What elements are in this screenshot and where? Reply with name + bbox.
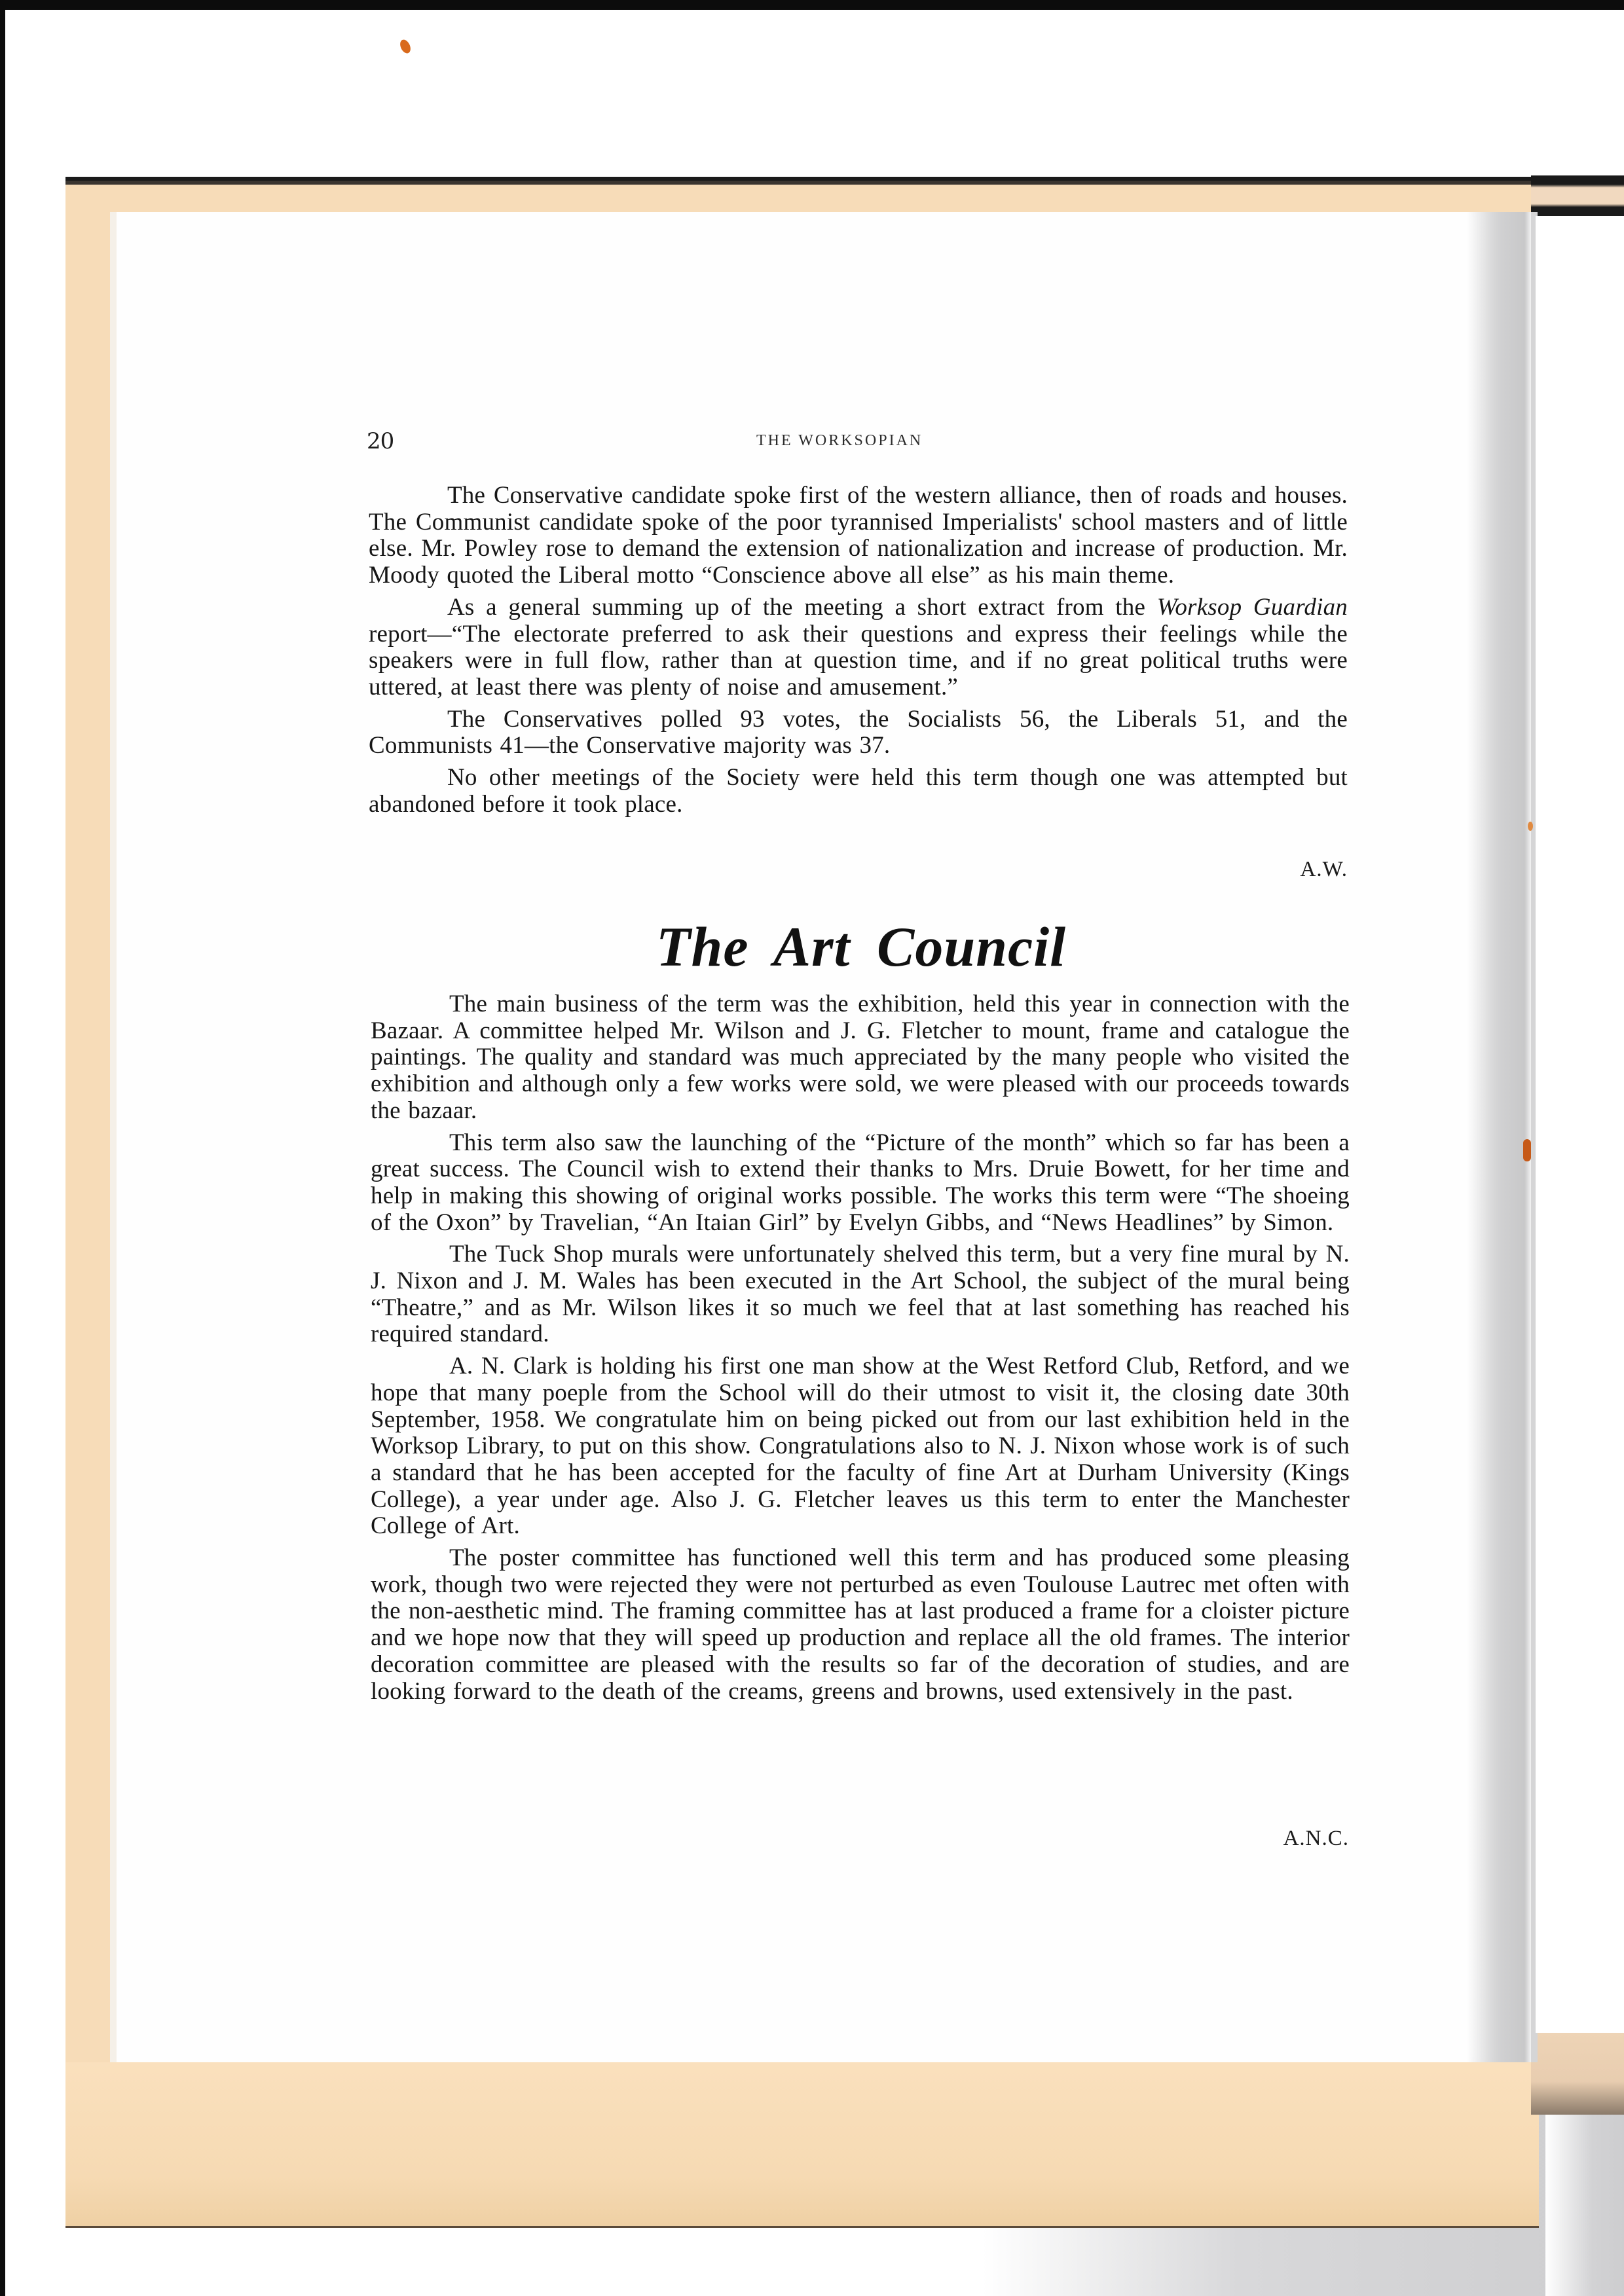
scanner-left-edge: [0, 0, 5, 2296]
paragraph: This term also saw the launching of the …: [371, 1130, 1350, 1237]
paragraph-election-results: The Conservatives polled 93 votes, the S…: [369, 706, 1348, 759]
book-cover-bottom-edge: [65, 2062, 1539, 2228]
paragraph: The Conservative candidate spoke first o…: [369, 483, 1348, 589]
orange-stain-speck: [1523, 1139, 1531, 1161]
newspaper-name: Worksop Guardian: [1157, 594, 1348, 621]
section-title: The Art Council: [655, 914, 1067, 979]
book-cover-top-right-edge: [1531, 175, 1624, 216]
facing-page-edge: [1536, 216, 1624, 2033]
journal-title: THE WORKSOPIAN: [756, 432, 923, 450]
paragraph: The poster committee has functioned well…: [371, 1545, 1350, 1705]
running-header: 20 THE WORKSOPIAN: [367, 428, 1349, 454]
paragraph-text: report—“The electorate preferred to ask …: [369, 621, 1348, 701]
orange-stain-speck: [1528, 822, 1533, 831]
paragraph: The main business of the term was the ex…: [371, 991, 1350, 1125]
debating-society-report: The Conservative candidate spoke first o…: [369, 483, 1348, 823]
scanner-top-edge: [0, 0, 1624, 10]
paragraph: No other meetings of the Society were he…: [369, 765, 1348, 818]
signature-aw: A.W.: [1217, 858, 1348, 882]
signature-anc: A.N.C.: [1218, 1827, 1349, 1851]
page-gutter-shadow: [1467, 212, 1531, 2062]
paragraph: The Tuck Shop murals were unfortunately …: [371, 1241, 1350, 1348]
paragraph: A. N. Clark is holding his first one man…: [371, 1353, 1350, 1540]
paragraph-newspaper-extract: As a general summing up of the meeting a…: [369, 594, 1348, 701]
page-number: 20: [367, 428, 394, 454]
book-cover-bottom-right-edge: [1531, 2032, 1624, 2115]
art-council-report: The main business of the term was the ex…: [371, 991, 1350, 1710]
paragraph-text: As a general summing up of the meeting a…: [447, 594, 1157, 621]
scanner-shadow-corner: [1545, 2115, 1624, 2296]
